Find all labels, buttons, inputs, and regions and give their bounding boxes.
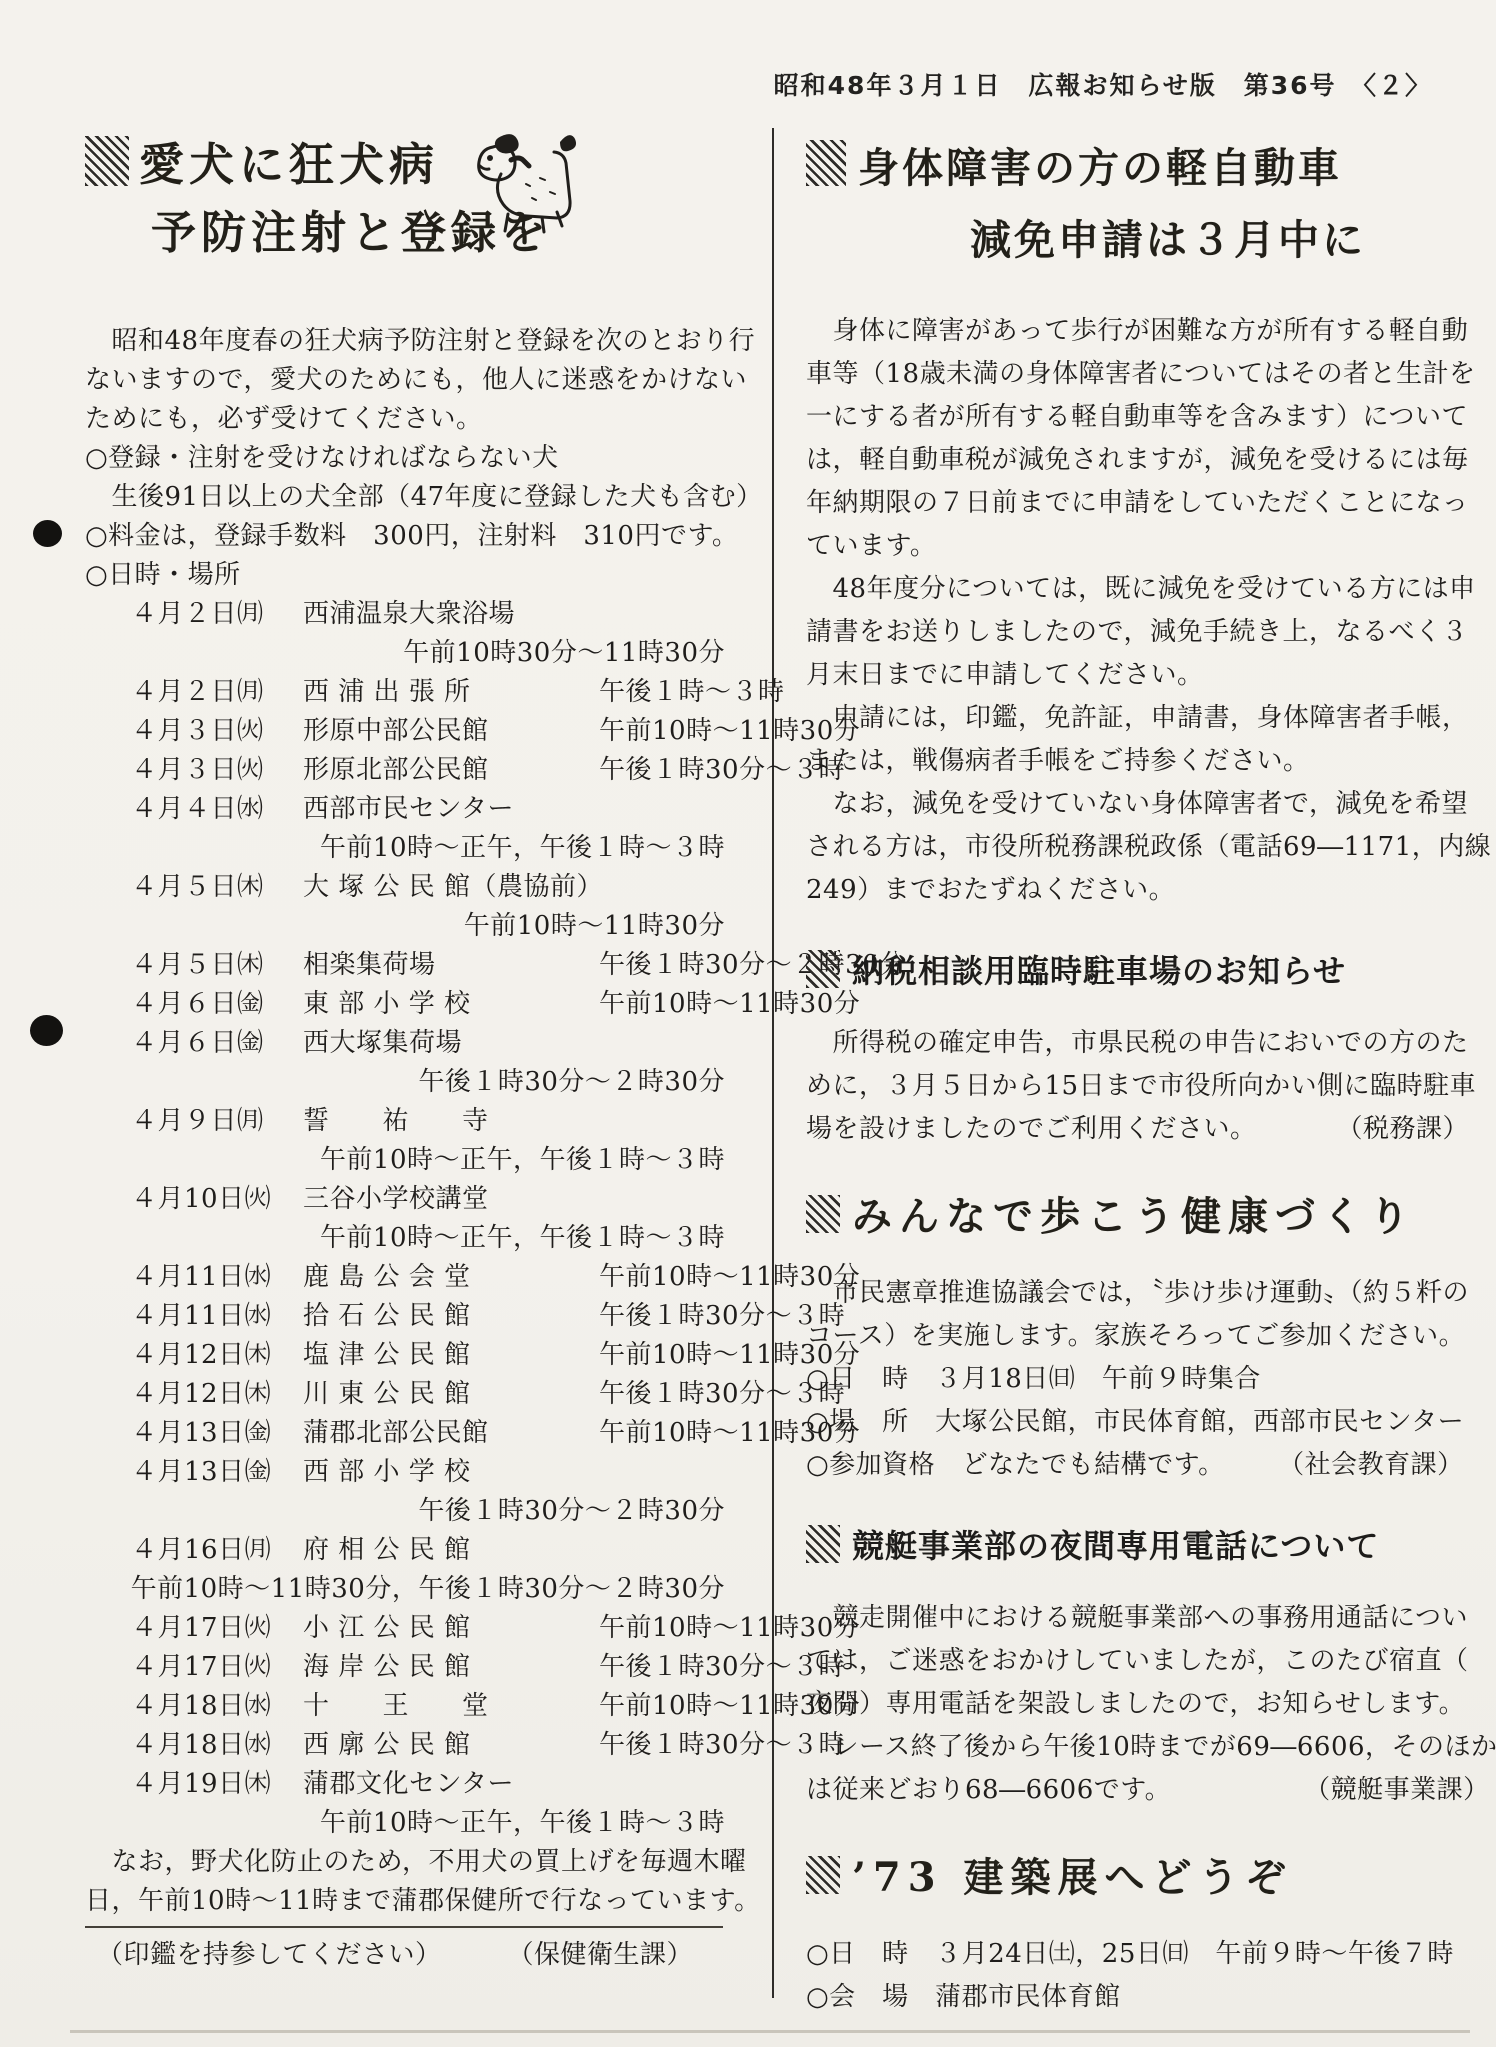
note-line: なお，野犬化防止のため，不用犬の買上げを毎週木曜 [85, 1843, 729, 1882]
schedule-time [599, 1102, 729, 1141]
body-line: ためにも，必ず受けてください。 [85, 400, 729, 439]
schedule-row: ４月９日㈪誓 祐 寺 [85, 1102, 729, 1141]
schedule-date: ４月13日㈮ [131, 1414, 303, 1453]
body-line: 所得税の確定申告，市県民税の申告においでの方のた [806, 1022, 1444, 1065]
schedule-place: 西浦温泉大衆浴場 [303, 595, 599, 634]
parking-section-title: 納税相談用臨時駐車場のお知らせ [806, 946, 1444, 992]
body-line: 夜間）専用電話を架設しましたので，お知らせします。 [806, 1683, 1444, 1726]
parking-section-title-text: 納税相談用臨時駐車場のお知らせ [852, 946, 1346, 992]
body-line: めに，３月５日から15日まで市役所向かい側に臨時駐車 [806, 1065, 1444, 1108]
schedule-row: ４月３日㈫形原中部公民館午前10時～11時30分 [85, 712, 729, 751]
bullet-line: 生後91日以上の犬全部（47年度に登録した犬も含む） [85, 478, 729, 517]
schedule-date: ４月19日㈭ [131, 1765, 303, 1804]
schedule-date: ４月12日㈭ [131, 1336, 303, 1375]
vehicle-tax-article-title: 身体障害の方の軽自動車 [806, 140, 1444, 196]
schedule-place: 大 塚 公 民 館（農協前） [303, 868, 599, 907]
left-article-title-line1: 愛犬に狂犬病 [139, 136, 439, 194]
schedule-place: 拾 石 公 民 館 [303, 1297, 599, 1336]
left-article-intro: 昭和48年度春の狂犬病予防注射と登録を次のとおり行 ないますので，愛犬のためにも… [85, 322, 729, 439]
schedule-time-line: 午前10時～正午，午後１時～３時 [85, 1219, 729, 1258]
detail-line: ○日 時 ３月18日㈰ 午前９時集合 [806, 1358, 1444, 1401]
schedule-time: 午後１時～３時 [599, 673, 785, 712]
schedule-row: ４月２日㈪西浦温泉大衆浴場 [85, 595, 729, 634]
bullet-line: ○日時・場所 [85, 556, 729, 595]
schedule-time-line: 午前10時～正午，午後１時～３時 [85, 1141, 729, 1180]
schedule-time [599, 595, 729, 634]
boatrace-phone-section-title-text: 競艇事業部の夜間専用電話について [852, 1521, 1379, 1567]
page-header-issue-line: 昭和48年３月１日 広報お知らせ版 第36号 〈２〉 [774, 66, 1432, 102]
body-line: 身体に障害があって歩行が困難な方が所有する軽自動 [806, 310, 1444, 353]
schedule-row: ４月17日㈫小 江 公 民 館午前10時～11時30分 [85, 1609, 729, 1648]
schedule-place: 海 岸 公 民 館 [303, 1648, 599, 1687]
schedule-date: ４月16日㈪ [131, 1531, 303, 1570]
schedule-date: ４月13日㈮ [131, 1453, 303, 1492]
schedule-place: 十 王 堂 [303, 1687, 599, 1726]
body-line: 昭和48年度春の狂犬病予防注射と登録を次のとおり行 [85, 322, 729, 361]
left-article-title: 愛犬に狂犬病 [85, 136, 729, 194]
hatch-marker-icon [85, 136, 129, 186]
schedule-date: ４月17日㈫ [131, 1609, 303, 1648]
detail-line: ○日 時 ３月24日㈯，25日㈰ 午前９時～午後７時 [806, 1933, 1444, 1976]
left-column: 愛犬に狂犬病 予防注射と登録を 昭和48年度春の狂犬病予防注射と登録を次のとおり… [85, 136, 729, 1971]
schedule-time-line: 午前10時～11時30分 [85, 907, 729, 946]
schedule-date: ４月12日㈭ [131, 1375, 303, 1414]
body-line: コース）を実施します。家族そろってご参加ください。 [806, 1315, 1444, 1358]
bullet-line: ○登録・注射を受けなければならない犬 [85, 439, 729, 478]
architecture-expo-section-body: ○日 時 ３月24日㈯，25日㈰ 午前９時～午後７時 ○会 場 蒲郡市民体育館 [806, 1933, 1444, 2019]
schedule-date: ４月２日㈪ [131, 673, 303, 712]
body-line: 競走開催中における競艇事業部への事務用通話につい [806, 1597, 1444, 1640]
body-line: 場を設けましたのでご利用ください。 （税務課） [806, 1108, 1444, 1151]
schedule-place: 蒲郡文化センター [303, 1765, 599, 1804]
hatch-marker-icon [806, 950, 840, 988]
schedule-time [599, 1180, 729, 1219]
schedule-date: ４月17日㈫ [131, 1648, 303, 1687]
schedule-place: 府 相 公 民 館 [303, 1531, 599, 1570]
schedule-row: ４月18日㈬十 王 堂午前10時～11時30分 [85, 1687, 729, 1726]
schedule-date: ４月４日㈬ [131, 790, 303, 829]
schedule-row: ４月18日㈬西 廓 公 民 館午後１時30分～３時 [85, 1726, 729, 1765]
schedule-place: 鹿 島 公 会 堂 [303, 1258, 599, 1297]
schedule-date: ４月６日㈮ [131, 985, 303, 1024]
schedule-time [599, 868, 729, 907]
body-line: 車等（18歳未満の身体障害者についてはその者と生計を [806, 353, 1444, 396]
schedule-row: ４月13日㈮蒲郡北部公民館午前10時～11時30分 [85, 1414, 729, 1453]
body-line: ています。 [806, 525, 1444, 568]
schedule-date: ４月５日㈭ [131, 946, 303, 985]
walking-section-title: みんなで歩こう健康づくり [806, 1185, 1444, 1242]
schedule-date: ４月２日㈪ [131, 595, 303, 634]
schedule-time-line: 午前10時～正午，午後１時～３時 [85, 829, 729, 868]
schedule-time-line: 午前10時30分～11時30分 [85, 634, 729, 673]
schedule-place: 西大塚集荷場 [303, 1024, 599, 1063]
schedule-row: ４月５日㈭相楽集荷場午後１時30分～２時30分 [85, 946, 729, 985]
body-line: は，軽自動車税が減免されますが，減免を受けるには毎 [806, 439, 1444, 482]
schedule-place: 形原北部公民館 [303, 751, 599, 790]
schedule-place: 蒲郡北部公民館 [303, 1414, 599, 1453]
schedule-place: 誓 祐 寺 [303, 1102, 599, 1141]
body-line: なお，減免を受けていない身体障害者で，減免を希望 [806, 783, 1444, 826]
parking-section-body: 所得税の確定申告，市県民税の申告においでの方のた めに，３月５日から15日まで市… [806, 1022, 1444, 1151]
left-article-footer: （印鑑を持参してください） （保健衛生課） [85, 1928, 729, 1971]
schedule-place: 東 部 小 学 校 [303, 985, 599, 1024]
schedule-row: ４月12日㈭塩 津 公 民 館午前10時～11時30分 [85, 1336, 729, 1375]
schedule-place: 三谷小学校講堂 [303, 1180, 599, 1219]
body-line: または，戦傷病者手帳をご持参ください。 [806, 740, 1444, 783]
body-line: は従来どおり68―6606です。 （競艇事業課） [806, 1769, 1444, 1812]
schedule-row: ４月12日㈭川 東 公 民 館午後１時30分～３時 [85, 1375, 729, 1414]
walking-section-title-text: みんなで歩こう健康づくり [852, 1185, 1416, 1242]
schedule-row: ４月11日㈬拾 石 公 民 館午後１時30分～３時 [85, 1297, 729, 1336]
schedule-place: 西 浦 出 張 所 [303, 673, 599, 712]
schedule-date: ４月５日㈭ [131, 868, 303, 907]
body-line: ては，ご迷惑をおかけしていましたが，このたび宿直（ [806, 1640, 1444, 1683]
schedule-date: ４月９日㈪ [131, 1102, 303, 1141]
schedule-row: ４月２日㈪西 浦 出 張 所午後１時～３時 [85, 673, 729, 712]
schedule-row: ４月５日㈭大 塚 公 民 館（農協前） [85, 868, 729, 907]
walking-section-body: 市民憲章推進協議会では，〝歩け歩け運動〟（約５粁の コース）を実施します。家族そ… [806, 1272, 1444, 1487]
body-line: 市民憲章推進協議会では，〝歩け歩け運動〟（約５粁の [806, 1272, 1444, 1315]
detail-line: ○場 所 大塚公民館，市民体育館，西部市民センター [806, 1401, 1444, 1444]
schedule-row: ４月19日㈭蒲郡文化センター [85, 1765, 729, 1804]
schedule-time-line: 午前10時～11時30分，午後１時30分～２時30分 [85, 1570, 729, 1609]
schedule-place: 西 部 小 学 校 [303, 1453, 599, 1492]
schedule-place: 西 廓 公 民 館 [303, 1726, 599, 1765]
detail-line: ○参加資格 どなたでも結構です。 （社会教育課） [806, 1444, 1444, 1487]
vehicle-tax-body: 身体に障害があって歩行が困難な方が所有する軽自動 車等（18歳未満の身体障害者に… [806, 310, 1444, 912]
punch-hole [30, 1015, 63, 1046]
body-line: 月末日までに申請してください。 [806, 654, 1444, 697]
footer-note: （印鑑を持参してください） [97, 1934, 442, 1971]
left-article-bullets: ○登録・注射を受けなければならない犬 生後91日以上の犬全部（47年度に登録した… [85, 439, 729, 595]
schedule-date: ４月３日㈫ [131, 712, 303, 751]
schedule-time-line: 午後１時30分～２時30分 [85, 1063, 729, 1102]
body-line: される方は，市役所税務課税政係（電話69―1171，内線 [806, 826, 1444, 869]
schedule-time-line: 午後１時30分～２時30分 [85, 1492, 729, 1531]
hatch-marker-icon [806, 1856, 840, 1894]
body-line: 年納期限の７日前までに申請をしていただくことになっ [806, 482, 1444, 525]
schedule-date: ４月11日㈬ [131, 1258, 303, 1297]
schedule-date: ４月10日㈫ [131, 1180, 303, 1219]
schedule-place: 形原中部公民館 [303, 712, 599, 751]
bullet-line: ○料金は，登録手数料 300円，注射料 310円です。 [85, 517, 729, 556]
schedule-time [599, 1453, 729, 1492]
department-credit: （保健衛生課） [507, 1934, 693, 1971]
boatrace-phone-section-body: 競走開催中における競艇事業部への事務用通話につい ては，ご迷惑をおかけしていまし… [806, 1597, 1444, 1812]
schedule-date: ４月11日㈬ [131, 1297, 303, 1336]
body-line: 申請には，印鑑，免許証，申請書，身体障害者手帳， [806, 697, 1444, 740]
architecture-expo-section-title-text: ’73 建築展へどうぞ [852, 1846, 1293, 1903]
vaccination-schedule: ４月２日㈪西浦温泉大衆浴場 午前10時30分～11時30分 ４月２日㈪西 浦 出… [85, 595, 729, 1843]
schedule-date: ４月３日㈫ [131, 751, 303, 790]
right-column: 身体障害の方の軽自動車 減免申請は３月中に 身体に障害があって歩行が困難な方が所… [806, 140, 1444, 2019]
schedule-place: 相楽集荷場 [303, 946, 599, 985]
schedule-row: ４月10日㈫三谷小学校講堂 [85, 1180, 729, 1219]
schedule-row: ４月４日㈬西部市民センター [85, 790, 729, 829]
schedule-row: ４月17日㈫海 岸 公 民 館午後１時30分～３時 [85, 1648, 729, 1687]
schedule-row: ４月13日㈮西 部 小 学 校 [85, 1453, 729, 1492]
schedule-time [599, 790, 729, 829]
schedule-time-line: 午前10時～正午，午後１時～３時 [85, 1804, 729, 1843]
body-line: レース終了後から午後10時までが69―6606，そのほか [806, 1726, 1444, 1769]
schedule-date: ４月６日㈮ [131, 1024, 303, 1063]
schedule-row: ４月16日㈪府 相 公 民 館 [85, 1531, 729, 1570]
schedule-place: 川 東 公 民 館 [303, 1375, 599, 1414]
page-bottom-edge [70, 2030, 1470, 2033]
schedule-time [599, 1531, 729, 1570]
schedule-row: ４月６日㈮東 部 小 学 校午前10時～11時30分 [85, 985, 729, 1024]
hatch-marker-icon [806, 140, 846, 186]
schedule-date: ４月18日㈬ [131, 1726, 303, 1765]
hatch-marker-icon [806, 1525, 840, 1563]
left-article-note: なお，野犬化防止のため，不用犬の買上げを毎週木曜 日，午前10時～11時まで蒲郡… [85, 1843, 729, 1921]
schedule-date: ４月18日㈬ [131, 1687, 303, 1726]
vehicle-tax-title-line2: 減免申請は３月中に [970, 212, 1444, 268]
schedule-place: 塩 津 公 民 館 [303, 1336, 599, 1375]
schedule-row: ４月６日㈮西大塚集荷場 [85, 1024, 729, 1063]
hatch-marker-icon [806, 1195, 840, 1233]
body-line: 一にする者が所有する軽自動車等を含みます）について [806, 396, 1444, 439]
schedule-time [599, 1024, 729, 1063]
left-article-title-line2: 予防注射と登録を [151, 204, 729, 262]
schedule-place: 西部市民センター [303, 790, 599, 829]
note-line: 日，午前10時～11時まで蒲郡保健所で行なっています。 [85, 1882, 729, 1921]
body-line: 48年度分については，既に減免を受けている方には申 [806, 568, 1444, 611]
schedule-place: 小 江 公 民 館 [303, 1609, 599, 1648]
body-line: 249）までおたずねください。 [806, 869, 1444, 912]
schedule-row: ４月３日㈫形原北部公民館午後１時30分～３時 [85, 751, 729, 790]
vehicle-tax-title-line1: 身体障害の方の軽自動車 [858, 140, 1342, 196]
body-line: ないますので，愛犬のためにも，他人に迷惑をかけない [85, 361, 729, 400]
punch-hole [33, 520, 62, 547]
schedule-time [599, 1765, 729, 1804]
body-line: 請書をお送りしましたので，減免手続き上，なるべく３ [806, 611, 1444, 654]
detail-line: ○会 場 蒲郡市民体育館 [806, 1976, 1444, 2019]
schedule-row: ４月11日㈬鹿 島 公 会 堂午前10時～11時30分 [85, 1258, 729, 1297]
architecture-expo-section-title: ’73 建築展へどうぞ [806, 1846, 1444, 1903]
boatrace-phone-section-title: 競艇事業部の夜間専用電話について [806, 1521, 1444, 1567]
